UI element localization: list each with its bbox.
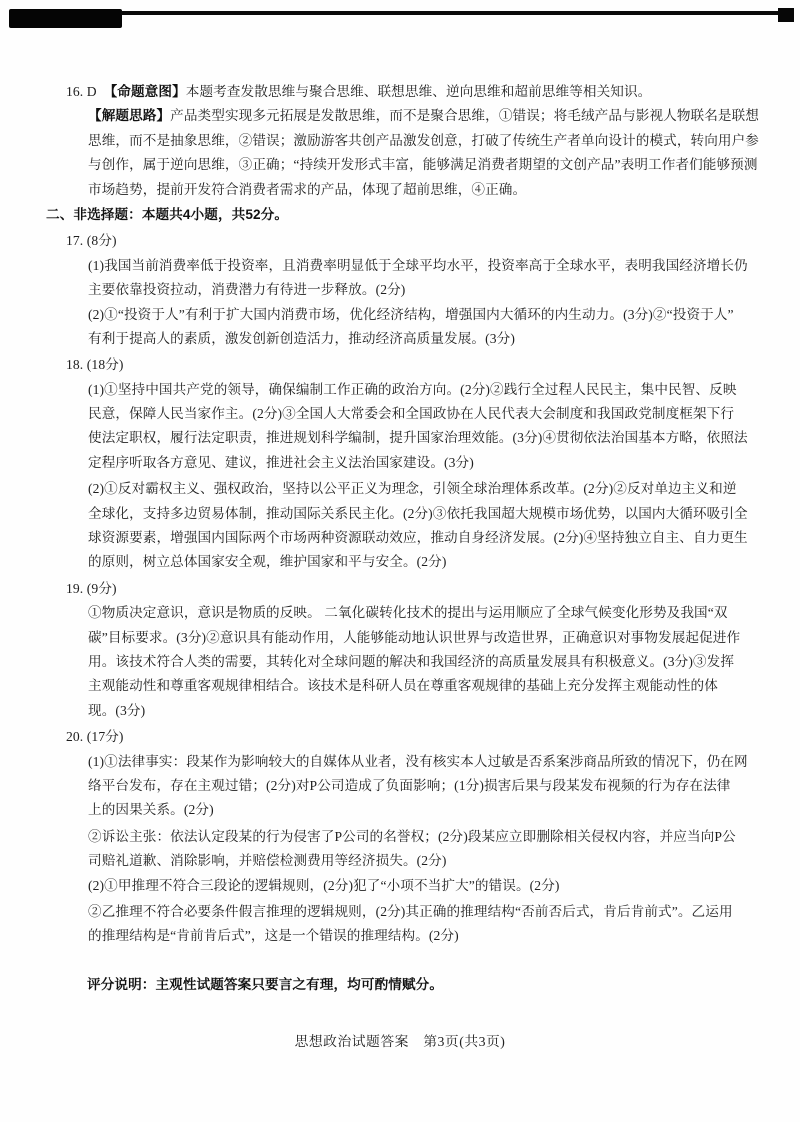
text-line: (1)①坚持中国共产党的领导，确保编制工作正确的政治方向。(2分)②践行全过程人… [88, 378, 800, 402]
text-line: (2)①反对霸权主义、强权政治，坚持以公平正义为理念，引领全球治理体系改革。(2… [88, 477, 800, 501]
text-line: 【解题思路】产品类型实现多元拓展是发散思维，而不是聚合思维，①错误；将毛绒产品与… [88, 104, 800, 128]
text-line: 20. (17分) [66, 725, 800, 749]
text-segment: (2)①甲推理不符合三段论的逻辑规则，(2分)犯了“小项不当扩大”的错误。(2分… [88, 878, 560, 893]
text-segment: 碳”目标要求。(3分)②意识具有能动作用，人能够能动地认识世界与改造世界，正确意… [88, 630, 740, 645]
text-segment: 20. (17分) [66, 729, 124, 744]
bold-text-segment: 【解题思路】 [88, 108, 170, 123]
text-segment: 球资源要素，增强国内国际两个市场两种资源联动效应，推动自身经济发展。(2分)④坚… [88, 530, 748, 545]
text-line: 思维，而不是抽象思维，②错误；激励游客共创产品激发创意，打破了传统生产者单向设计… [88, 129, 800, 153]
text-segment: (2)①“投资于人”有利于扩大国内消费市场，优化经济结构，增强国内大循环的内生动… [88, 307, 734, 322]
text-line: 19. (9分) [66, 577, 800, 601]
text-line: 二、非选择题：本题共4小题，共52分。 [46, 203, 800, 227]
text-segment: (1)①法律事实：段某作为影响较大的自媒体从业者，没有核实本人过敏是否系案涉商品… [88, 754, 748, 769]
text-line: 16. D 【命题意图】本题考查发散思维与聚合思维、联想思维、逆向思维和超前思维… [66, 80, 800, 104]
text-segment: 定程序听取各方意见、建议，推进社会主义法治国家建设。(3分) [88, 455, 474, 470]
text-line: 络平台发布，存在主观过错；(2分)对P公司造成了负面影响；(1分)损害后果与段某… [88, 774, 800, 798]
text-line: 使法定职权，履行法定职责，推进规划科学编制，提升国家治理效能。(3分)④贯彻依法… [88, 426, 800, 450]
text-segment: 的原则，树立总体国家安全观，维护国家和平与安全。(2分) [88, 554, 447, 569]
text-segment: 思维，而不是抽象思维，②错误；激励游客共创产品激发创意，打破了传统生产者单向设计… [88, 133, 759, 148]
text-line: (1)我国当前消费率低于投资率，且消费率明显低于全球平均水平，投资率高于全球水平… [88, 254, 800, 278]
text-line: 用。该技术符合人类的需要，其转化对全球问题的解决和我国经济的高质量发展具有积极意… [88, 650, 800, 674]
text-line: (2)①“投资于人”有利于扩大国内消费市场，优化经济结构，增强国内大循环的内生动… [88, 303, 800, 327]
bold-text-segment: 评分说明：主观性试题答案只要言之有理，均可酌情赋分。 [87, 977, 443, 992]
text-line: 主观能动性和尊重客观规律相结合。该技术是科研人员在尊重客观规律的基础上充分发挥主… [88, 674, 800, 698]
text-segment: 本题考查发散思维与聚合思维、联想思维、逆向思维和超前思维等相关知识。 [186, 84, 652, 99]
text-line: 上的因果关系。(2分) [88, 798, 800, 822]
text-line: 定程序听取各方意见、建议，推进社会主义法治国家建设。(3分) [88, 451, 800, 475]
text-line: ②乙推理不符合必要条件假言推理的逻辑规则，(2分)其正确的推理结构“否前否后式，… [88, 900, 800, 924]
text-segment: 络平台发布，存在主观过错；(2分)对P公司造成了负面影响；(1分)损害后果与段某… [88, 778, 730, 793]
text-segment: 上的因果关系。(2分) [88, 802, 214, 817]
text-segment: 市场趋势，提前开发符合消费者需求的产品，体现了超前思维，④正确。 [88, 182, 526, 197]
text-line: (2)①甲推理不符合三段论的逻辑规则，(2分)犯了“小项不当扩大”的错误。(2分… [88, 874, 800, 898]
text-line: 评分说明：主观性试题答案只要言之有理，均可酌情赋分。 [87, 973, 800, 997]
text-segment: 产品类型实现多元拓展是发散思维，而不是聚合思维，①错误；将毛绒产品与影视人物联名… [170, 108, 759, 123]
text-segment: 18. (18分) [66, 357, 124, 372]
text-segment: (1)①坚持中国共产党的领导，确保编制工作正确的政治方向。(2分)②践行全过程人… [88, 382, 737, 397]
text-line: 17. (8分) [66, 229, 800, 253]
text-segment: 有利于提高人的素质，激发创新创造活力，推动经济高质量发展。(3分) [88, 331, 515, 346]
text-segment: 17. (8分) [66, 233, 117, 248]
answer-lines: 16. D 【命题意图】本题考查发散思维与聚合思维、联想思维、逆向思维和超前思维… [0, 0, 800, 997]
bold-text-segment: 【命题意图】 [110, 84, 185, 99]
text-line: 碳”目标要求。(3分)②意识具有能动作用，人能够能动地认识世界与改造世界，正确意… [88, 626, 800, 650]
text-segment: ②乙推理不符合必要条件假言推理的逻辑规则，(2分)其正确的推理结构“否前否后式，… [88, 904, 733, 919]
text-segment: 19. (9分) [66, 581, 117, 596]
text-segment: 主观能动性和尊重客观规律相结合。该技术是科研人员在尊重客观规律的基础上充分发挥主… [88, 678, 718, 693]
text-line: 有利于提高人的素质，激发创新创造活力，推动经济高质量发展。(3分) [88, 327, 800, 351]
text-line: 18. (18分) [66, 353, 800, 377]
text-segment: 用。该技术符合人类的需要，其转化对全球问题的解决和我国经济的高质量发展具有积极意… [88, 654, 734, 669]
text-line: 民意，保障人民当家作主。(2分)③全国人大常委会和全国政协在人民代表大会制度和我… [88, 402, 800, 426]
text-line: (1)①法律事实：段某作为影响较大的自媒体从业者，没有核实本人过敏是否系案涉商品… [88, 750, 800, 774]
exam-answer-page: 16. D 【命题意图】本题考查发散思维与聚合思维、联想思维、逆向思维和超前思维… [0, 0, 800, 1122]
page-footer: 思想政治试题答案 第3页(共3页) [0, 1030, 800, 1054]
text-line: ②诉讼主张：依法认定段某的行为侵害了P公司的名誉权；(2分)段某应立即删除相关侵… [88, 825, 800, 849]
text-line: 的原则，树立总体国家安全观，维护国家和平与安全。(2分) [88, 550, 800, 574]
bold-text-segment: 二、非选择题：本题共4小题，共52分。 [46, 207, 288, 222]
text-segment: 民意，保障人民当家作主。(2分)③全国人大常委会和全国政协在人民代表大会制度和我… [88, 406, 734, 421]
text-segment: 主要依靠投资拉动，消费潜力有待进一步释放。(2分) [88, 282, 405, 297]
text-segment: 16. D [66, 84, 110, 99]
text-segment: 使法定职权，履行法定职责，推进规划科学编制，提升国家治理效能。(3分)④贯彻依法… [88, 430, 748, 445]
text-segment: 现。(3分) [88, 703, 145, 718]
text-segment: (2)①反对霸权主义、强权政治，坚持以公平正义为理念，引领全球治理体系改革。(2… [88, 481, 737, 496]
text-line: 现。(3分) [88, 699, 800, 723]
text-segment: 司赔礼道歉、消除影响，并赔偿检测费用等经济损失。(2分) [88, 853, 447, 868]
text-segment: 全球化，支持多边贸易体制，推动国际关系民主化。(2分)③依托我国超大规模市场优势… [88, 506, 748, 521]
text-line: 司赔礼道歉、消除影响，并赔偿检测费用等经济损失。(2分) [88, 849, 800, 873]
text-line: 主要依靠投资拉动，消费潜力有待进一步释放。(2分) [88, 278, 800, 302]
text-segment: ②诉讼主张：依法认定段某的行为侵害了P公司的名誉权；(2分)段某应立即删除相关侵… [88, 829, 736, 844]
text-line: ①物质决定意识，意识是物质的反映。 二氧化碳转化技术的提出与运用顺应了全球气候变… [88, 601, 800, 625]
text-line: 球资源要素，增强国内国际两个市场两种资源联动效应，推动自身经济发展。(2分)④坚… [88, 526, 800, 550]
text-segment: ①物质决定意识，意识是物质的反映。 二氧化碳转化技术的提出与运用顺应了全球气候变… [88, 605, 728, 620]
text-segment: 与创作，属于逆向思维，③正确；“持续开发形式丰富，能够满足消费者期望的文创产品”… [88, 157, 758, 172]
text-segment: 的推理结构是“肯前肯后式”，这是一个错误的推理结构。(2分) [88, 928, 459, 943]
text-line: 与创作，属于逆向思维，③正确；“持续开发形式丰富，能够满足消费者期望的文创产品”… [88, 153, 800, 177]
text-line: 的推理结构是“肯前肯后式”，这是一个错误的推理结构。(2分) [88, 924, 800, 948]
text-segment: (1)我国当前消费率低于投资率，且消费率明显低于全球平均水平，投资率高于全球水平… [88, 258, 748, 273]
text-line: 市场趋势，提前开发符合消费者需求的产品，体现了超前思维，④正确。 [88, 178, 800, 202]
text-line: 全球化，支持多边贸易体制，推动国际关系民主化。(2分)③依托我国超大规模市场优势… [88, 502, 800, 526]
